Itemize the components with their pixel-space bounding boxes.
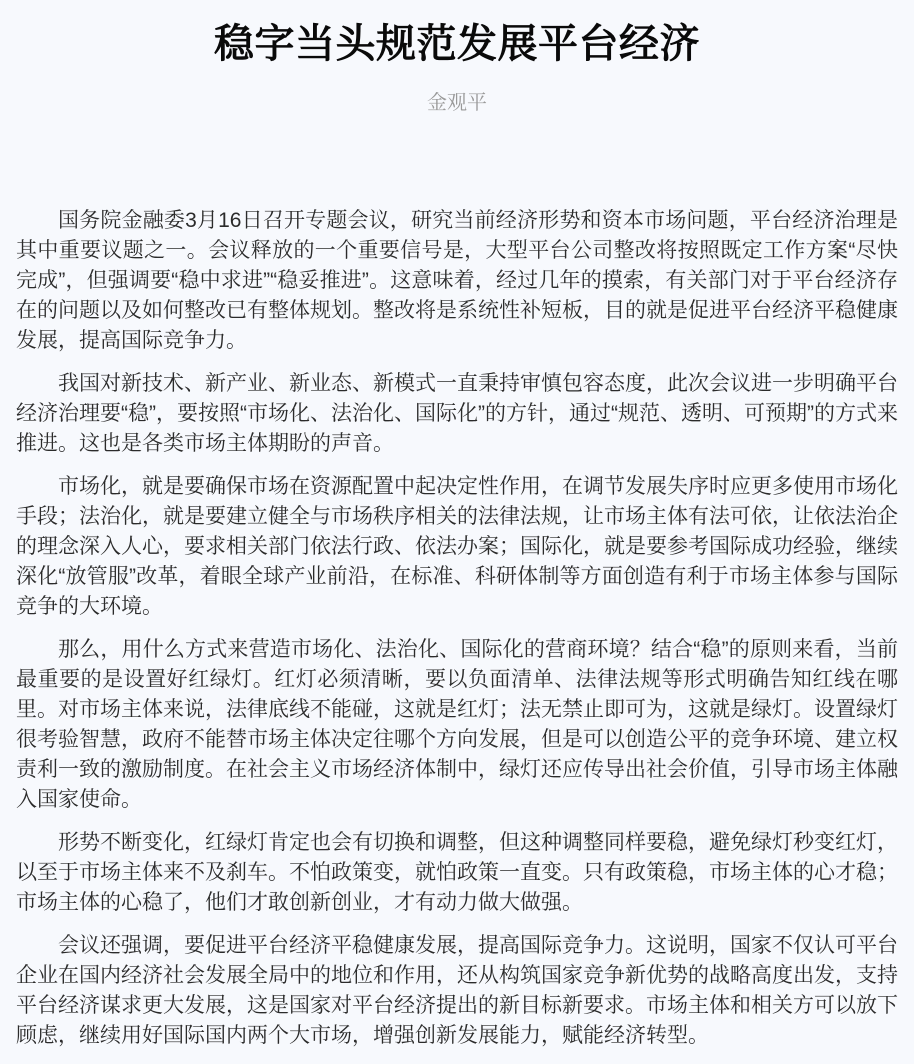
article-body: 国务院金融委3月16日召开专题会议，研究当前经济形势和资本市场问题，平台经济治理… <box>16 206 898 1051</box>
article-paragraph: 我国对新技术、新产业、新业态、新模式一直秉持审慎包容态度，此次会议进一步明确平台… <box>16 369 898 459</box>
article-title: 稳字当头规范发展平台经济 <box>16 22 898 66</box>
article-paragraph: 国务院金融委3月16日召开专题会议，研究当前经济形势和资本市场问题，平台经济治理… <box>16 206 898 356</box>
article-paragraph: 市场化，就是要确保市场在资源配置中起决定性作用，在调节发展失序时应更多使用市场化… <box>16 472 898 622</box>
article-author: 金观平 <box>16 92 898 114</box>
article-page: 稳字当头规范发展平台经济 金观平 国务院金融委3月16日召开专题会议，研究当前经… <box>0 0 914 1064</box>
article-paragraph: 那么，用什么方式来营造市场化、法治化、国际化的营商环境？结合“稳”的原则来看，当… <box>16 635 898 815</box>
article-paragraph: 会议还强调，要促进平台经济平稳健康发展，提高国际竞争力。这说明，国家不仅认可平台… <box>16 931 898 1051</box>
article-paragraph: 形势不断变化，红绿灯肯定也会有切换和调整，但这种调整同样要稳，避免绿灯秒变红灯，… <box>16 828 898 918</box>
